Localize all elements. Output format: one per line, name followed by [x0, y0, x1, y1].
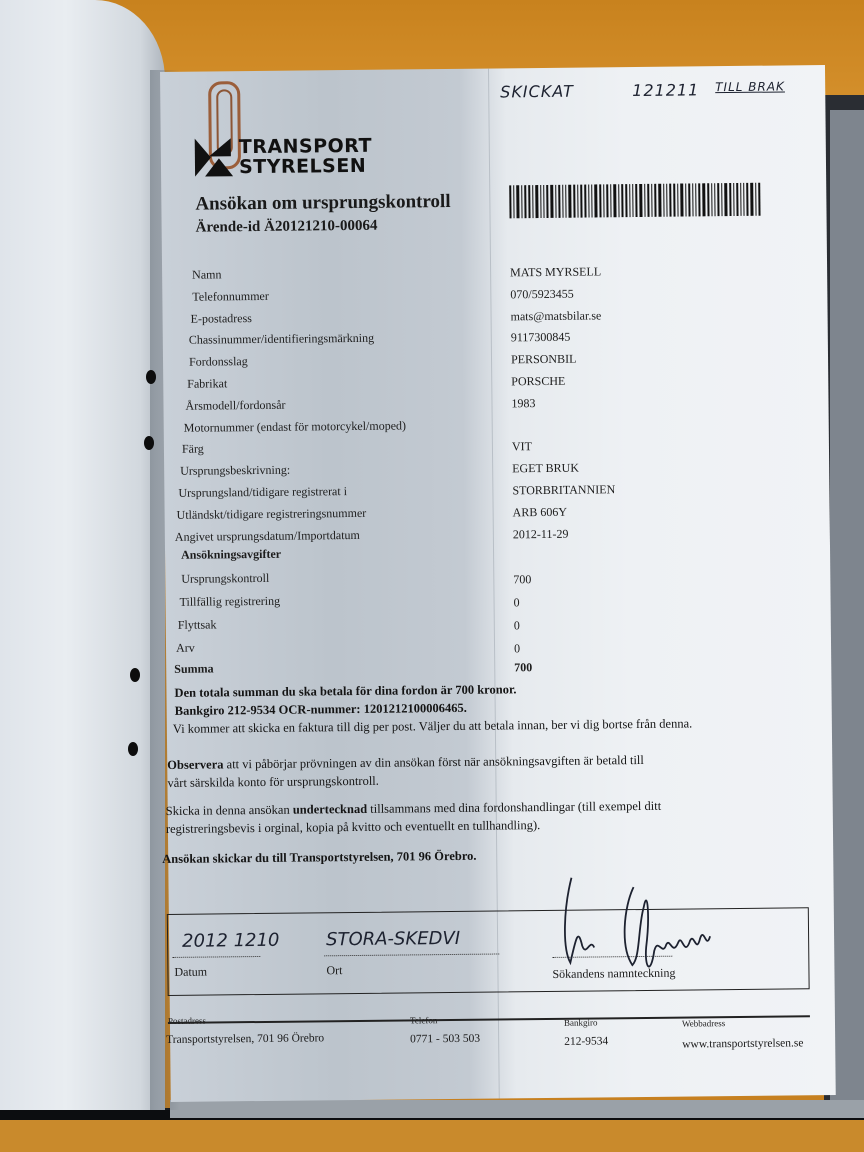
field-value: EGET BRUK	[512, 461, 579, 477]
field-label: Motornummer (endast för motorcykel/moped…	[184, 418, 406, 435]
place-handwritten: STORA-SKEDVI	[326, 928, 460, 950]
field-value: 1983	[511, 396, 535, 411]
field-label: Fordonsslag	[189, 354, 248, 370]
fee-items: Ursprungskontroll700Tillfällig registrer…	[160, 65, 825, 72]
logo-line1: TRANSPORT	[239, 136, 372, 157]
desk-surface	[0, 1120, 864, 1152]
field-value: 070/5923455	[510, 286, 573, 302]
case-id: Ärende-id Ä20121210-00064	[196, 218, 378, 237]
place-label: Ort	[326, 963, 342, 978]
field-value: PERSONBIL	[511, 352, 576, 368]
transportstyrelsen-logo: TRANSPORT STYRELSEN	[195, 136, 373, 178]
fee-label: Flyttsak	[178, 617, 217, 632]
binder-edge-inner	[830, 110, 864, 1110]
footer-phone-label: Telefon	[410, 1015, 437, 1025]
fees-total-label: Summa	[174, 661, 213, 676]
field-value: VIT	[512, 440, 532, 455]
date-handwritten: 2012 1210	[182, 930, 280, 952]
instructions-paragraph: Skicka in denna ansökan undertecknad til…	[166, 797, 662, 838]
punch-hole	[146, 370, 156, 384]
fee-value: 0	[513, 595, 519, 610]
barcode	[509, 182, 793, 218]
handwritten-note-date: 121211	[632, 80, 699, 100]
field-label: Årsmodell/fordonsår	[185, 398, 285, 414]
fee-label: Ursprungskontroll	[181, 571, 269, 587]
field-label: Angivet ursprungsdatum/Importdatum	[175, 528, 360, 545]
fee-value: 700	[513, 572, 531, 587]
footer-web-value: www.transportstyrelsen.se	[682, 1037, 803, 1050]
fees-heading: Ansökningsavgifter	[181, 547, 281, 563]
footer-phone-value: 0771 - 503 503	[410, 1033, 480, 1046]
footer-bankgiro-label: Bankgiro	[564, 1017, 598, 1027]
fee-value: 0	[514, 618, 520, 633]
punch-hole	[128, 742, 138, 756]
handwritten-note-sent: SKICKAT	[500, 82, 574, 102]
fee-label: Arv	[176, 641, 195, 656]
field-label: Fabrikat	[187, 376, 227, 391]
date-label: Datum	[174, 965, 207, 980]
field-label: Utländskt/tidigare registreringsnummer	[177, 506, 367, 523]
fee-value: 0	[514, 641, 520, 656]
applicant-fields: NamnMATS MYRSELLTelefonnummer070/5923455…	[160, 65, 825, 72]
fees-total-value: 700	[514, 660, 532, 675]
field-label: Telefonnummer	[192, 289, 269, 305]
notice-line2: vårt särskilda konto för ursprungskontro…	[167, 774, 379, 790]
field-label: Ursprungsbeskrivning:	[180, 463, 290, 479]
punch-hole	[130, 668, 140, 682]
field-value: STORBRITANNIEN	[512, 482, 615, 498]
logo-line2: STYRELSEN	[239, 156, 372, 177]
place-line	[324, 953, 499, 956]
field-label: Namn	[192, 267, 221, 282]
underlying-sheet	[170, 1100, 864, 1118]
field-value: ARB 606Y	[513, 505, 567, 521]
applicant-signature	[553, 866, 774, 988]
fee-label: Tillfällig registrering	[179, 594, 280, 610]
footer-bankgiro-value: 212-9534	[564, 1035, 608, 1047]
notice-paragraph: Observera att vi påbörjar prövningen av …	[167, 751, 644, 792]
footer-postal-label: Postadress	[168, 1016, 206, 1026]
instructions-bold-word: undertecknad	[293, 802, 367, 817]
instructions-post: tillsammans med dina fordonshandlingar (…	[367, 799, 661, 816]
field-value: PORSCHE	[511, 374, 565, 390]
field-label: E-postadress	[191, 311, 252, 327]
send-to-address: Ansökan skickar du till Transportstyrels…	[162, 847, 476, 868]
field-label: Ursprungsland/tidigare registrerat i	[178, 484, 347, 501]
footer-postal-value: Transportstyrelsen, 701 96 Örebro	[166, 1032, 324, 1046]
handwritten-note-recipient: TILL BRAK	[715, 79, 785, 94]
field-label: Färg	[182, 442, 204, 457]
notice-bold-word: Observera	[167, 757, 223, 772]
field-value: 9117300845	[511, 330, 571, 346]
date-line	[172, 956, 260, 958]
field-value: MATS MYRSELL	[510, 264, 601, 280]
instructions-line2: registreringsbevis i orginal, kopia på k…	[166, 818, 540, 836]
punch-hole	[144, 436, 154, 450]
notice-line1: att vi påbörjar prövningen av din ansöka…	[223, 753, 643, 771]
instructions-pre: Skicka in denna ansökan	[166, 803, 293, 818]
field-label: Chassinummer/identifieringsmärkning	[189, 331, 374, 348]
field-value: mats@matsbilar.se	[511, 308, 602, 324]
field-value: 2012-11-29	[513, 526, 569, 542]
footer-web-label: Webbadress	[682, 1018, 725, 1028]
form-title: Ansökan om ursprungskontroll	[195, 191, 450, 216]
logo-mark-icon	[195, 138, 233, 176]
application-form-page: SKICKAT 121211 TILL BRAK TRANSPORT STYRE…	[160, 65, 836, 1102]
curled-left-page	[0, 0, 165, 1110]
